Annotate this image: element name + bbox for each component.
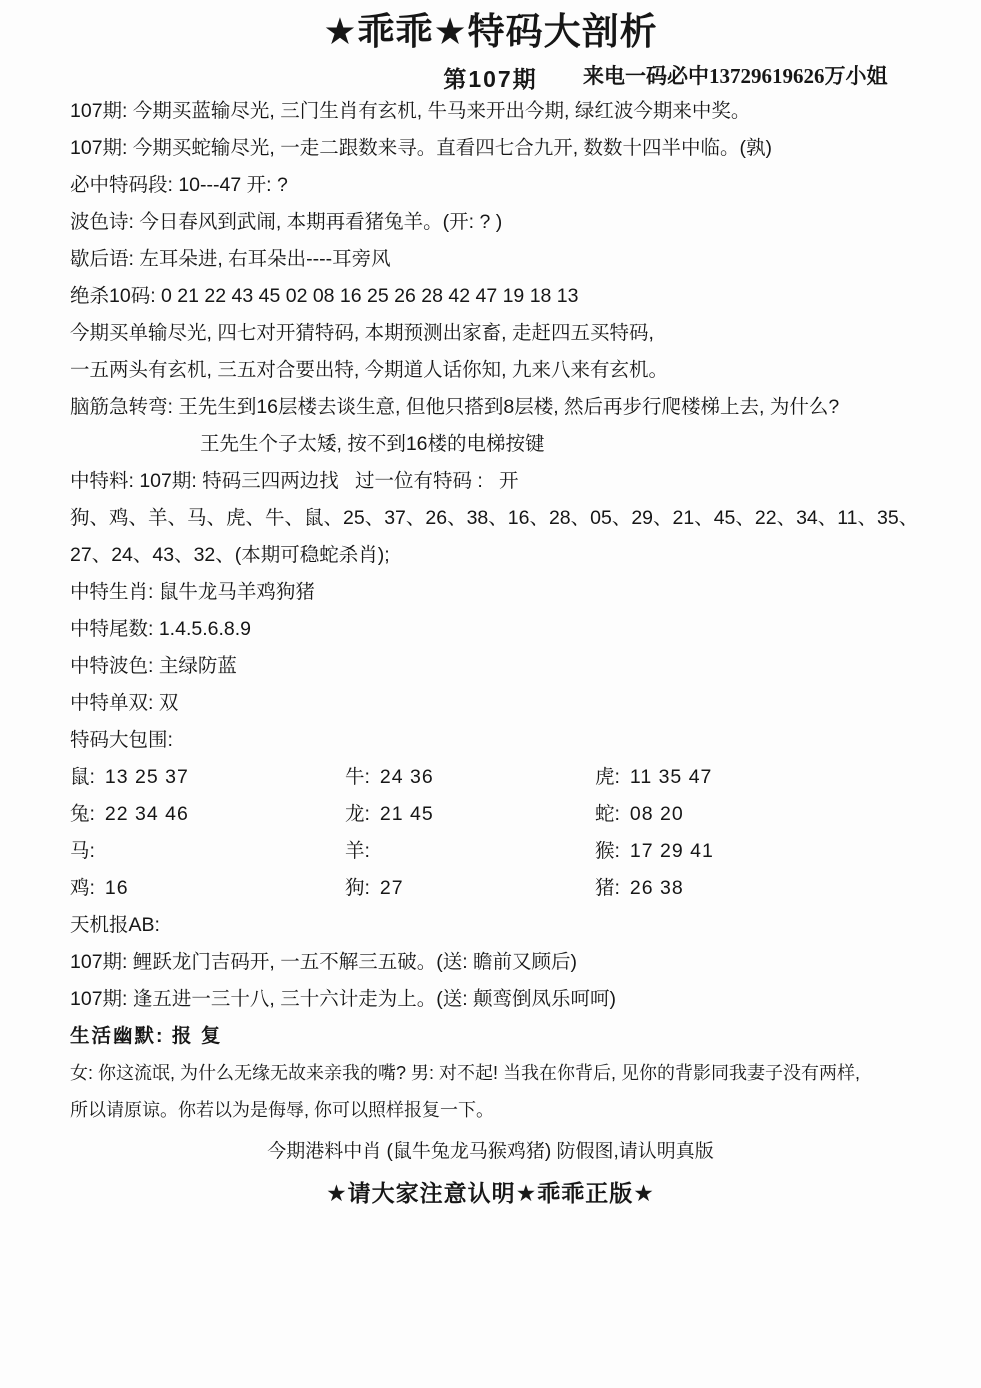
zodiac-cell-tiger: 虎:11 35 47	[595, 766, 925, 789]
zodiac-numbers: 24 36	[380, 766, 434, 788]
zodiac-cell-goat: 羊:	[345, 840, 595, 863]
odd-even-line: 中特单双: 双	[70, 692, 925, 715]
zodiac-label: 牛:	[345, 766, 370, 788]
zodiac-cell-monkey: 猴:17 29 41	[595, 840, 925, 863]
hotline-phone: 来电一码必中13729619626万小姐	[583, 60, 888, 90]
zodiac-cell-dog: 狗:27	[345, 877, 595, 900]
tail-digit-line: 中特尾数: 1.4.5.6.8.9	[70, 618, 925, 641]
riddle-answer-line: 王先生个子太矮, 按不到16楼的电梯按键	[70, 433, 925, 456]
zodiac-number-list-line: 27、24、43、32、(本期可稳蛇杀肖);	[70, 544, 925, 567]
xiehouyu-line: 歇后语: 左耳朵进, 右耳朵出----耳旁风	[70, 248, 925, 271]
brand-notice: ★请大家注意认明★乖乖正版★	[0, 1175, 981, 1208]
zodiac-cell-rabbit: 兔:22 34 46	[70, 803, 345, 826]
humor-line: 女: 你这流氓, 为什么无缘无故来亲我的嘴? 男: 对不起! 当我在你背后, 见…	[70, 1062, 925, 1085]
zodiac-label: 鼠:	[70, 766, 95, 788]
zodiac-label: 猴:	[595, 840, 620, 862]
zodiac-cell-snake: 蛇:08 20	[595, 803, 925, 826]
humor-line: 所以请原谅。你若以为是侮辱, 你可以照样报复一下。	[70, 1099, 925, 1122]
tianji-heading: 天机报AB:	[70, 914, 925, 937]
anti-fake-note: 今期港料中肖 (鼠牛兔龙马猴鸡猪) 防假图,请认明真版	[0, 1136, 981, 1163]
tianji-line: 107期: 逢五进一三十八, 三十六计走为上。(送: 颠鸾倒凤乐呵呵)	[70, 988, 925, 1011]
zodiac-label: 马:	[70, 840, 95, 862]
wave-color-poem-line: 波色诗: 今日春风到武闹, 本期再看猪兔羊。(开: ? )	[70, 211, 925, 234]
zodiac-numbers: 16	[105, 877, 129, 899]
document-page: ★乖乖★特码大剖析 第107期 来电一码必中13729619626万小姐 107…	[0, 0, 981, 1388]
zodiac-label: 虎:	[595, 766, 620, 788]
zodiac-numbers: 13 25 37	[105, 766, 189, 788]
zodiac-label: 鸡:	[70, 877, 95, 899]
zodiac-cell-horse: 马:	[70, 840, 345, 863]
zodiac-label: 羊:	[345, 840, 370, 862]
document-body: 107期: 今期买蓝输尽光, 三门生肖有玄机, 牛马来开出今期, 绿红波今期来中…	[0, 94, 981, 1122]
zodiac-label: 龙:	[345, 803, 370, 825]
riddle-question-line: 脑筋急转弯: 王先生到16层楼去谈生意, 但他只搭到8层楼, 然后再步行爬楼梯上…	[70, 396, 925, 419]
zodiac-numbers: 26 38	[630, 877, 684, 899]
zodiac-cell-rooster: 鸡:16	[70, 877, 345, 900]
zodiac-numbers: 11 35 47	[630, 766, 712, 788]
page-title: ★乖乖★特码大剖析	[0, 10, 981, 54]
zodiac-label: 狗:	[345, 877, 370, 899]
prediction-line: 107期: 今期买蛇输尽光, 一走二跟数来寻。直看四七合九开, 数数十四半中临。…	[70, 137, 925, 160]
prediction-line: 今期买单输尽光, 四七对开猜特码, 本期预测出家畜, 走赶四五买特码,	[70, 322, 925, 345]
wave-color-line: 中特波色: 主绿防蓝	[70, 655, 925, 678]
zodiac-number-table: 鼠:13 25 37 牛:24 36 虎:11 35 47 兔:22 34 46…	[70, 766, 925, 914]
zodiac-numbers: 08 20	[630, 803, 684, 825]
killed-codes-line: 绝杀10码: 0 21 22 43 45 02 08 16 25 26 28 4…	[70, 285, 925, 308]
big-wrap-heading: 特码大包围:	[70, 729, 925, 752]
zodiac-label: 猪:	[595, 877, 620, 899]
zodiac-label: 兔:	[70, 803, 95, 825]
zodiac-numbers: 27	[380, 877, 404, 899]
zodiac-number-list-line: 狗、鸡、羊、马、虎、牛、鼠、25、37、26、38、16、28、05、29、21…	[70, 507, 925, 530]
zodiac-cell-pig: 猪:26 38	[595, 877, 925, 900]
zodiac-numbers: 22 34 46	[105, 803, 189, 825]
zodiac-cell-rat: 鼠:13 25 37	[70, 766, 345, 789]
zodiac-label: 蛇:	[595, 803, 620, 825]
special-material-line: 中特料: 107期: 特码三四两边找 过一位有特码 : 开	[70, 470, 925, 493]
tianji-line: 107期: 鲤跃龙门吉码开, 一五不解三五破。(送: 瞻前又顾后)	[70, 951, 925, 974]
zodiac-hit-line: 中特生肖: 鼠牛龙马羊鸡狗猪	[70, 581, 925, 604]
zodiac-numbers: 17 29 41	[630, 840, 714, 862]
zodiac-cell-ox: 牛:24 36	[345, 766, 595, 789]
prediction-line: 107期: 今期买蓝输尽光, 三门生肖有玄机, 牛马来开出今期, 绿红波今期来中…	[70, 100, 925, 123]
special-code-range-line: 必中特码段: 10---47 开: ?	[70, 174, 925, 197]
zodiac-cell-dragon: 龙:21 45	[345, 803, 595, 826]
prediction-line: 一五两头有玄机, 三五对合要出特, 今期道人话你知, 九来八来有玄机。	[70, 359, 925, 382]
zodiac-numbers: 21 45	[380, 803, 434, 825]
humor-heading: 生活幽默: 报 复	[70, 1025, 925, 1048]
